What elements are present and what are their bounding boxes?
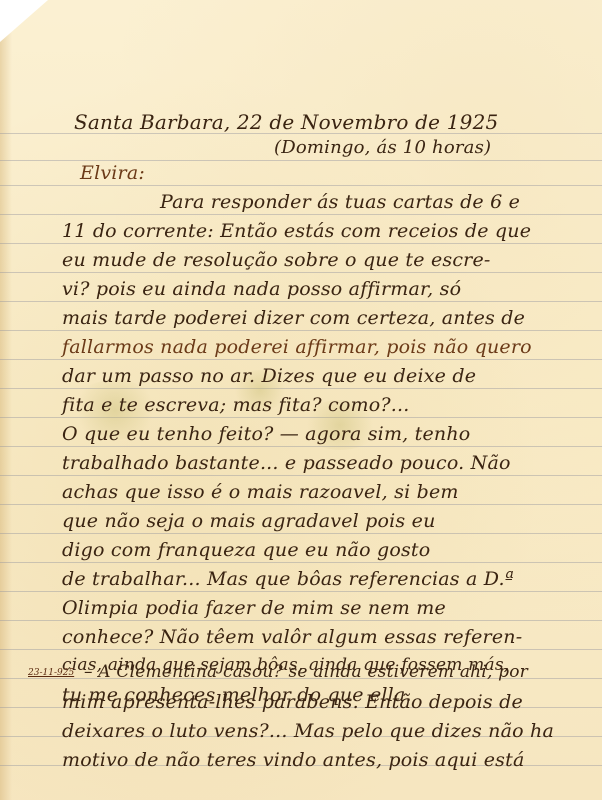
ruled-line [0, 591, 602, 592]
letter-line: mim apresenta-lhes parabens. Então depoi… [62, 691, 523, 713]
letter-line: – A Clementina casou? se ainda estiverem… [84, 662, 528, 682]
ruled-line [0, 243, 602, 244]
ruled-line [0, 504, 602, 505]
ruled-line [0, 446, 602, 447]
ruled-line [0, 649, 602, 650]
letter-line: eu mude de resolução sobre o que te escr… [62, 249, 491, 271]
letter-line: que não seja o mais agradavel pois eu [62, 510, 436, 532]
letter-line: dar um passo no ar. Dizes que eu deixe d… [62, 365, 476, 387]
letter-line: Para responder ás tuas cartas de 6 e [160, 191, 520, 213]
letter-line: fallarmos nada poderei affirmar, pois nã… [62, 336, 532, 358]
place-date: Santa Barbara, 22 de Novembro de 1925 [74, 110, 498, 134]
letter-line: 11 do corrente: Então estás com receios … [62, 220, 531, 242]
ruled-line [0, 160, 602, 161]
ruled-line [0, 620, 602, 621]
ruled-line [0, 359, 602, 360]
ruled-line [0, 533, 602, 534]
letter-line: trabalhado bastante... e passeado pouco.… [62, 452, 511, 474]
salutation: Elvira: [80, 162, 145, 184]
ruled-line [0, 301, 602, 302]
time-note: (Domingo, ás 10 horas) [274, 137, 491, 158]
ruled-line [0, 272, 602, 273]
letter-line: de trabalhar... Mas que bôas referencias… [62, 568, 514, 590]
letter-paper: Santa Barbara, 22 de Novembro de 1925 (D… [0, 0, 602, 800]
letter-line: mais tarde poderei dizer com certeza, an… [62, 307, 525, 329]
letter-line: fita e te escreva; mas fita? como?... [62, 394, 409, 416]
ruled-line [0, 330, 602, 331]
ruled-line [0, 475, 602, 476]
letter-line: Olimpia podia fazer de mim se nem me [62, 597, 446, 619]
margin-date-note: 23-11-925 [28, 668, 74, 678]
letter-line: motivo de não teres vindo antes, pois aq… [62, 749, 525, 771]
letter-line: digo com franqueza que eu não gosto [62, 539, 430, 561]
letter-line: deixares o luto vens?... Mas pelo que di… [62, 720, 554, 742]
letter-line: conhece? Não têem valôr algum essas refe… [62, 626, 522, 648]
ruled-line [0, 214, 602, 215]
ruled-line [0, 562, 602, 563]
letter-line: achas que isso é o mais razoavel, si bem [62, 481, 459, 503]
letter-line: O que eu tenho feito? — agora sim, tenho [62, 423, 470, 445]
ruled-line [0, 185, 602, 186]
letter-line: vi? pois eu ainda nada posso affirmar, s… [62, 278, 461, 300]
